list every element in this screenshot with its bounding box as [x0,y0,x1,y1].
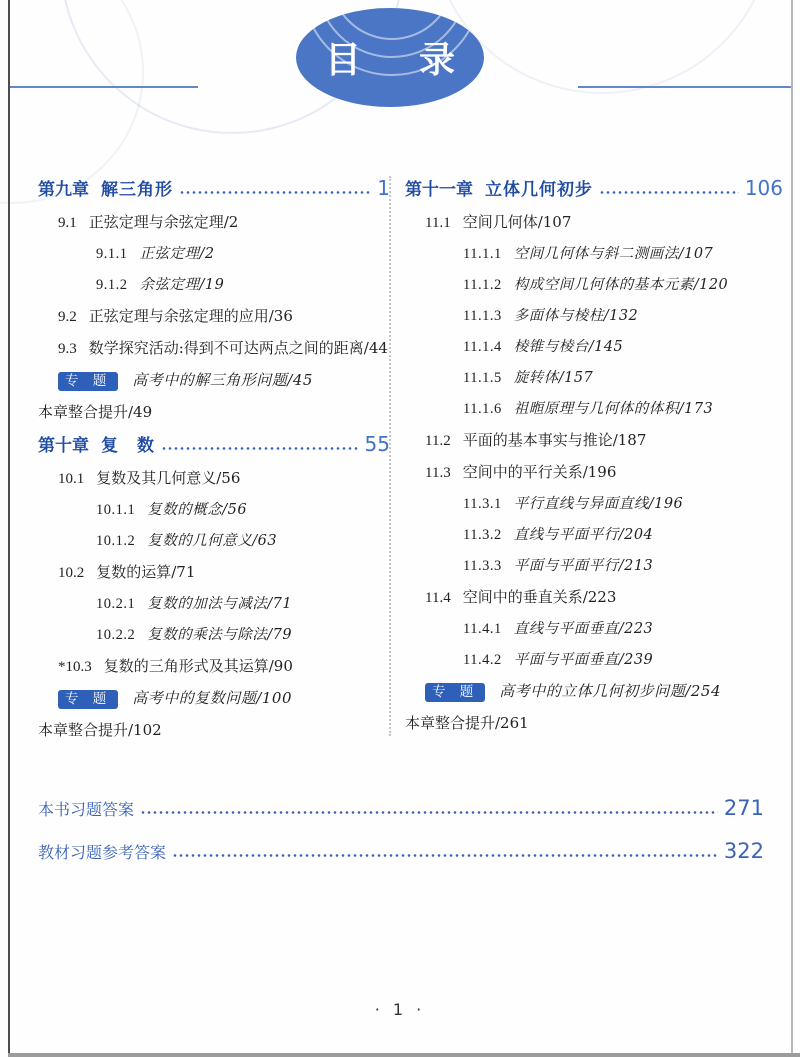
entry-text: 空间几何体与斜二测画法/107 [514,244,714,264]
chapter-title: 复 数 [101,435,155,457]
special-topic-badge: 专 题 [58,690,118,709]
entry-text: 正弦定理与余弦定理的应用/36 [89,306,293,326]
entry-number: 11.1.6 [463,399,502,419]
entry-number: 10.1.1 [96,500,135,520]
entry-number: 10.2.2 [96,625,135,645]
entry-number: 10.1 [58,469,84,489]
chapter-number: 第十一章 [405,179,473,201]
folio-page-number: · 1 · [0,1000,800,1019]
toc-entry: 11.4.1 直线与平面垂直/223 [405,619,783,639]
entry-number: 11.1.4 [463,337,502,357]
chapter-title: 解三角形 [101,179,173,201]
dot-leader [161,446,359,451]
toc-special-topic: 专 题 高考中的复数问题/100 [38,688,390,709]
toc-entry: 9.1.2 余弦定理/19 [38,275,390,295]
toc-entry: 11.1.3 多面体与棱柱/132 [405,306,783,326]
toc-entry: 11.3 空间中的平行关系/196 [405,462,783,483]
answers-page-number: 271 [724,798,764,818]
toc-entry: 10.1.2 复数的几何意义/63 [38,531,390,551]
dot-leader [140,810,718,815]
answers-title: 本书习题答案 [38,800,134,820]
chapter-page-number: 55 [365,434,390,454]
entry-text: 正弦定理/2 [140,244,215,264]
entry-text: 棱锥与棱台/145 [514,337,624,357]
toc-chapter-summary: 本章整合提升/49 [38,402,390,422]
toc-entry: 11.1.5 旋转体/157 [405,368,783,388]
toc-entry: 11.4.2 平面与平面垂直/239 [405,650,783,670]
entry-number: 11.4 [425,588,451,608]
toc-title-char: 目 [325,32,361,83]
entry-text: 平行直线与异面直线/196 [514,494,684,514]
entry-text: 空间几何体/107 [463,212,572,232]
toc-entry: 10.1.1 复数的概念/56 [38,500,390,520]
toc-entry: 11.1.1 空间几何体与斜二测画法/107 [405,244,783,264]
top-rule-left [8,86,198,88]
entry-text: 空间中的平行关系/196 [463,462,617,482]
toc-entry: 11.3.2 直线与平面平行/204 [405,525,783,545]
toc-entry: *10.3 复数的三角形式及其运算/90 [38,656,390,677]
toc-special-topic: 专 题 高考中的立体几何初步问题/254 [405,681,783,702]
decorative-circle [0,0,144,204]
entry-text: 数学探究活动:得到不可达两点之间的距离/44 [89,338,388,358]
chapter-heading: 第十一章 立体几何初步 106 [405,178,783,201]
entry-number: 9.1.1 [96,244,128,264]
entry-number: 9.2 [58,307,77,327]
chapter-heading: 第九章 解三角形 1 [38,178,390,201]
entry-number: 11.3.2 [463,525,502,545]
toc-entry: 9.3 数学探究活动:得到不可达两点之间的距离/44 [38,338,390,359]
entry-number: 11.4.2 [463,650,502,670]
entry-text: 高考中的复数问题/100 [132,688,292,708]
entry-text: 高考中的立体几何初步问题/254 [499,681,721,701]
toc-left-column: 第九章 解三角形 1 9.1 正弦定理与余弦定理/2 9.1.1 正弦定理/2 … [38,178,390,751]
toc-entry: 11.1 空间几何体/107 [405,212,783,233]
entry-text: 本章整合提升/261 [405,713,529,733]
dot-leader [599,190,739,195]
answers-entry: 教材习题参考答案 322 [38,841,764,863]
chapter-heading: 第十章 复 数 55 [38,434,390,457]
toc-chapter-summary: 本章整合提升/261 [405,713,783,733]
entry-text: 平面与平面垂直/239 [514,650,654,670]
entry-text: 平面的基本事实与推论/187 [463,430,647,450]
toc-title-char: 录 [419,32,455,83]
special-topic-badge: 专 题 [425,683,485,702]
answers-title: 教材习题参考答案 [38,843,166,863]
toc-entry: 9.1.1 正弦定理/2 [38,244,390,264]
toc-chapter-summary: 本章整合提升/102 [38,720,390,740]
toc-entry: 11.1.6 祖暅原理与几何体的体积/173 [405,399,783,419]
chapter-title: 立体几何初步 [485,179,593,201]
entry-text: 构成空间几何体的基本元素/120 [514,275,729,295]
chapter-9: 第九章 解三角形 1 9.1 正弦定理与余弦定理/2 9.1.1 正弦定理/2 … [38,178,390,422]
entry-text: 直线与平面垂直/223 [514,619,654,639]
toc-entry: 11.4 空间中的垂直关系/223 [405,587,783,608]
entry-text: 复数的乘法与除法/79 [147,625,292,645]
toc-entry: 11.2 平面的基本事实与推论/187 [405,430,783,451]
entry-number: 9.1.2 [96,275,128,295]
entry-number: 9.3 [58,339,77,359]
toc-entry: 11.1.4 棱锥与棱台/145 [405,337,783,357]
entry-number: 11.1.2 [463,275,502,295]
toc-entry: 10.2.2 复数的乘法与除法/79 [38,625,390,645]
entry-number: 11.1.1 [463,244,502,264]
entry-text: 复数的概念/56 [147,500,247,520]
toc-entry: 10.2.1 复数的加法与减法/71 [38,594,390,614]
answers-section: 本书习题答案 271 教材习题参考答案 322 [38,798,764,884]
entry-number: 10.2 [58,563,84,583]
entry-text: 高考中的解三角形问题/45 [132,370,313,390]
toc-entry: 9.2 正弦定理与余弦定理的应用/36 [38,306,390,327]
entry-text: 正弦定理与余弦定理/2 [89,212,239,232]
entry-text: 多面体与棱柱/132 [514,306,639,326]
entry-text: 本章整合提升/102 [38,720,162,740]
toc-title-banner: 目 录 [296,8,484,107]
entry-text: 复数的加法与减法/71 [147,594,292,614]
entry-text: 复数的运算/71 [96,562,195,582]
entry-number: *10.3 [58,657,92,677]
answers-entry: 本书习题答案 271 [38,798,764,820]
entry-text: 余弦定理/19 [140,275,225,295]
toc-entry: 11.1.2 构成空间几何体的基本元素/120 [405,275,783,295]
entry-text: 直线与平面平行/204 [514,525,654,545]
entry-number: 10.2.1 [96,594,135,614]
toc-entry: 11.3.1 平行直线与异面直线/196 [405,494,783,514]
entry-number: 11.4.1 [463,619,502,639]
toc-right-column: 第十一章 立体几何初步 106 11.1 空间几何体/107 11.1.1 空间… [405,178,783,744]
chapter-11: 第十一章 立体几何初步 106 11.1 空间几何体/107 11.1.1 空间… [405,178,783,733]
scan-edge-bottom [8,1053,800,1057]
entry-text: 本章整合提升/49 [38,402,152,422]
entry-number: 9.1 [58,213,77,233]
entry-text: 平面与平面平行/213 [514,556,654,576]
entry-text: 复数及其几何意义/56 [96,468,240,488]
dot-leader [179,190,371,195]
entry-number: 10.1.2 [96,531,135,551]
entry-text: 复数的几何意义/63 [147,531,277,551]
entry-number: 11.1.5 [463,368,502,388]
toc-entry: 11.3.3 平面与平面平行/213 [405,556,783,576]
scan-edge-right [791,0,793,1053]
entry-number: 11.1.3 [463,306,502,326]
chapter-page-number: 1 [377,178,390,198]
toc-entry: 10.2 复数的运算/71 [38,562,390,583]
top-rule-right [578,86,791,88]
answers-page-number: 322 [724,841,764,861]
entry-number: 11.3.3 [463,556,502,576]
entry-text: 复数的三角形式及其运算/90 [104,656,293,676]
toc-entry: 9.1 正弦定理与余弦定理/2 [38,212,390,233]
special-topic-badge: 专 题 [58,372,118,391]
entry-text: 祖暅原理与几何体的体积/173 [514,399,714,419]
chapter-page-number: 106 [745,178,783,198]
entry-text: 旋转体/157 [514,368,594,388]
entry-number: 11.3 [425,463,451,483]
scan-edge-left [8,0,10,1053]
chapter-10: 第十章 复 数 55 10.1 复数及其几何意义/56 10.1.1 复数的概念… [38,434,390,740]
entry-number: 11.2 [425,431,451,451]
entry-number: 11.1 [425,213,451,233]
chapter-number: 第十章 [38,435,89,457]
entry-number: 11.3.1 [463,494,502,514]
dot-leader [172,853,718,858]
entry-text: 空间中的垂直关系/223 [463,587,617,607]
toc-special-topic: 专 题 高考中的解三角形问题/45 [38,370,390,391]
scanned-book-page: 目 录 第九章 解三角形 1 9.1 正弦定理与余弦定理/2 9.1.1 正弦定… [0,0,800,1057]
toc-entry: 10.1 复数及其几何意义/56 [38,468,390,489]
chapter-number: 第九章 [38,179,89,201]
